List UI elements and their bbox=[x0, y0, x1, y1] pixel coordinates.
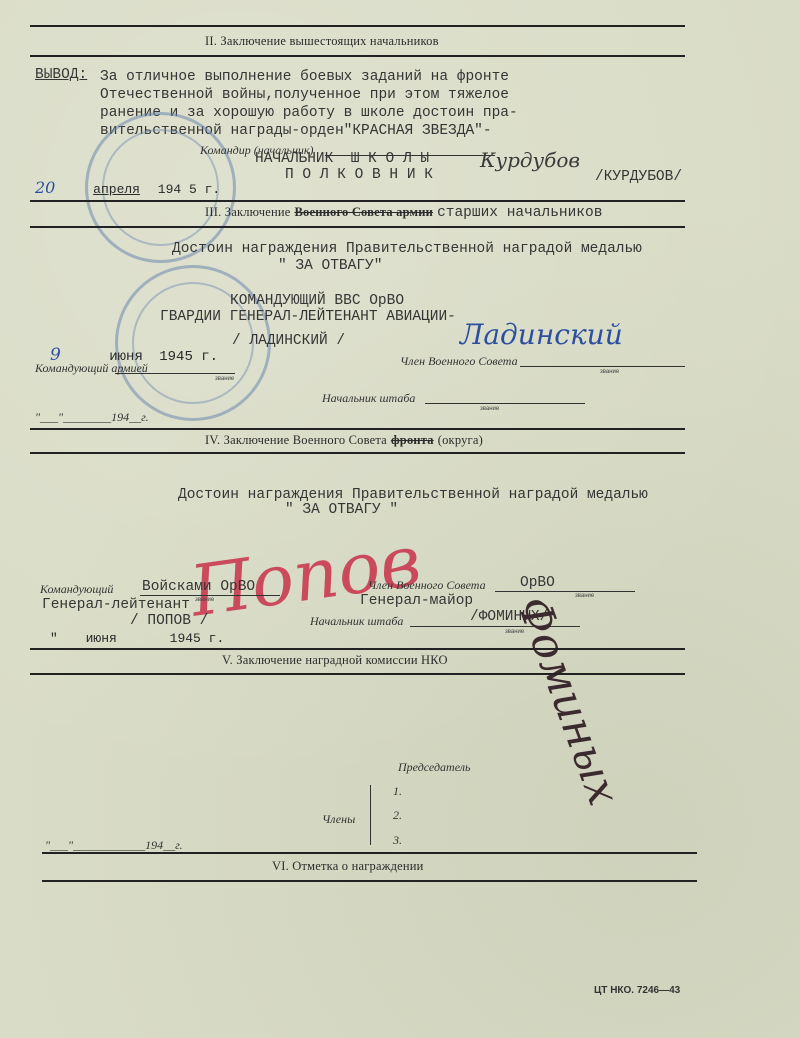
council-value: ОрВО bbox=[520, 574, 555, 592]
chairman-caption: Председатель bbox=[398, 760, 470, 775]
section4-title: IV. Заключение Военного Совета фронта (о… bbox=[205, 431, 483, 449]
signature-fominykh: Фоминых bbox=[507, 590, 629, 812]
section6-rule-bottom bbox=[42, 880, 697, 882]
date-year: 194 5 г. bbox=[158, 182, 220, 197]
section3-title: III. Заключение Военного Совета армии ст… bbox=[205, 203, 602, 222]
conclusion-line-2: Отечественной войны,полученное при этом … bbox=[100, 86, 509, 104]
rank-caption: звание bbox=[215, 376, 234, 382]
section3-position-2: ГВАРДИИ ГЕНЕРАЛ-ЛЕЙТЕНАНТ АВИАЦИИ- bbox=[160, 308, 456, 326]
section4-body-2: " ЗА ОТВАГУ " bbox=[285, 501, 398, 519]
signature-ladinsky: Ладинский bbox=[460, 318, 623, 351]
section5-rule-top bbox=[30, 648, 685, 650]
section4-body-1: Достоин награждения Правительственной на… bbox=[178, 486, 648, 504]
section3-rule-bottom bbox=[30, 226, 685, 228]
section3-body-1: Достоин награждения Правительственной на… bbox=[172, 240, 642, 258]
section3-rule-top bbox=[30, 200, 685, 202]
member-1: 1. bbox=[393, 784, 402, 799]
section5-rule-bottom bbox=[30, 673, 685, 675]
blank-date-5: "___"____________194__г. bbox=[45, 838, 183, 853]
rank-caption: звание bbox=[195, 597, 214, 603]
rank-caption: звание bbox=[480, 406, 499, 412]
section2-rule bbox=[30, 55, 685, 57]
name-kurdubov: /КУРДУБОВ/ bbox=[595, 168, 682, 186]
date-row-1: 20 апреля 194 5 г. bbox=[35, 178, 220, 197]
rank-caption: звание bbox=[600, 369, 619, 375]
date-row-4: " июня 1945 г. bbox=[50, 631, 224, 646]
council-line-4 bbox=[495, 591, 635, 592]
signature-kurdubov: Курдубов bbox=[480, 148, 580, 172]
rank-caption: звание bbox=[575, 593, 594, 599]
chief-line bbox=[425, 403, 585, 404]
member-2: 2. bbox=[393, 808, 402, 823]
print-code: ЦТ НКО. 7246—43 bbox=[594, 985, 680, 996]
section6-rule-top bbox=[42, 852, 697, 854]
top-rule bbox=[30, 25, 685, 27]
section3-name: / ЛАДИНСКИЙ / bbox=[232, 332, 345, 350]
section4-rule-top bbox=[30, 428, 685, 430]
conclusion-line-1: За отличное выполнение боевых заданий на… bbox=[100, 68, 509, 86]
member-3: 3. bbox=[393, 833, 402, 848]
section2-title: II. Заключение вышестоящих начальников bbox=[205, 34, 439, 49]
commander-troops-value: Войсками ОрВО bbox=[142, 578, 255, 596]
council-member-caption: Член Военного Совета bbox=[400, 354, 518, 369]
section3-body-2: " ЗА ОТВАГУ" bbox=[278, 257, 382, 275]
section4-rule-bottom bbox=[30, 452, 685, 454]
commander-troops-name: / ПОПОВ / bbox=[130, 612, 208, 630]
date-day: 20 bbox=[35, 178, 55, 197]
blank-date-3: "___"________194__г. bbox=[35, 410, 149, 425]
conclusion-label: ВЫВОД: bbox=[35, 66, 87, 84]
chief-of-staff-caption: Начальник штаба bbox=[322, 391, 415, 406]
army-commander-line bbox=[115, 373, 235, 374]
chief-of-staff-caption-4: Начальник штаба bbox=[310, 614, 403, 629]
commander-troops-caption: Командующий bbox=[40, 582, 113, 597]
council-rank: Генерал-майор bbox=[360, 592, 473, 610]
members-caption: Члены bbox=[322, 812, 355, 827]
members-brace bbox=[370, 785, 377, 845]
council-line bbox=[520, 366, 685, 367]
date-month: апреля bbox=[93, 182, 140, 197]
section5-title: V. Заключение наградной комиссии НКО bbox=[222, 653, 448, 668]
section6-title: VI. Отметка о награждении bbox=[272, 859, 424, 874]
position-colonel: П О Л К О В Н И К bbox=[285, 166, 433, 184]
council-member-caption-4: Член Военного Совета bbox=[368, 578, 486, 593]
